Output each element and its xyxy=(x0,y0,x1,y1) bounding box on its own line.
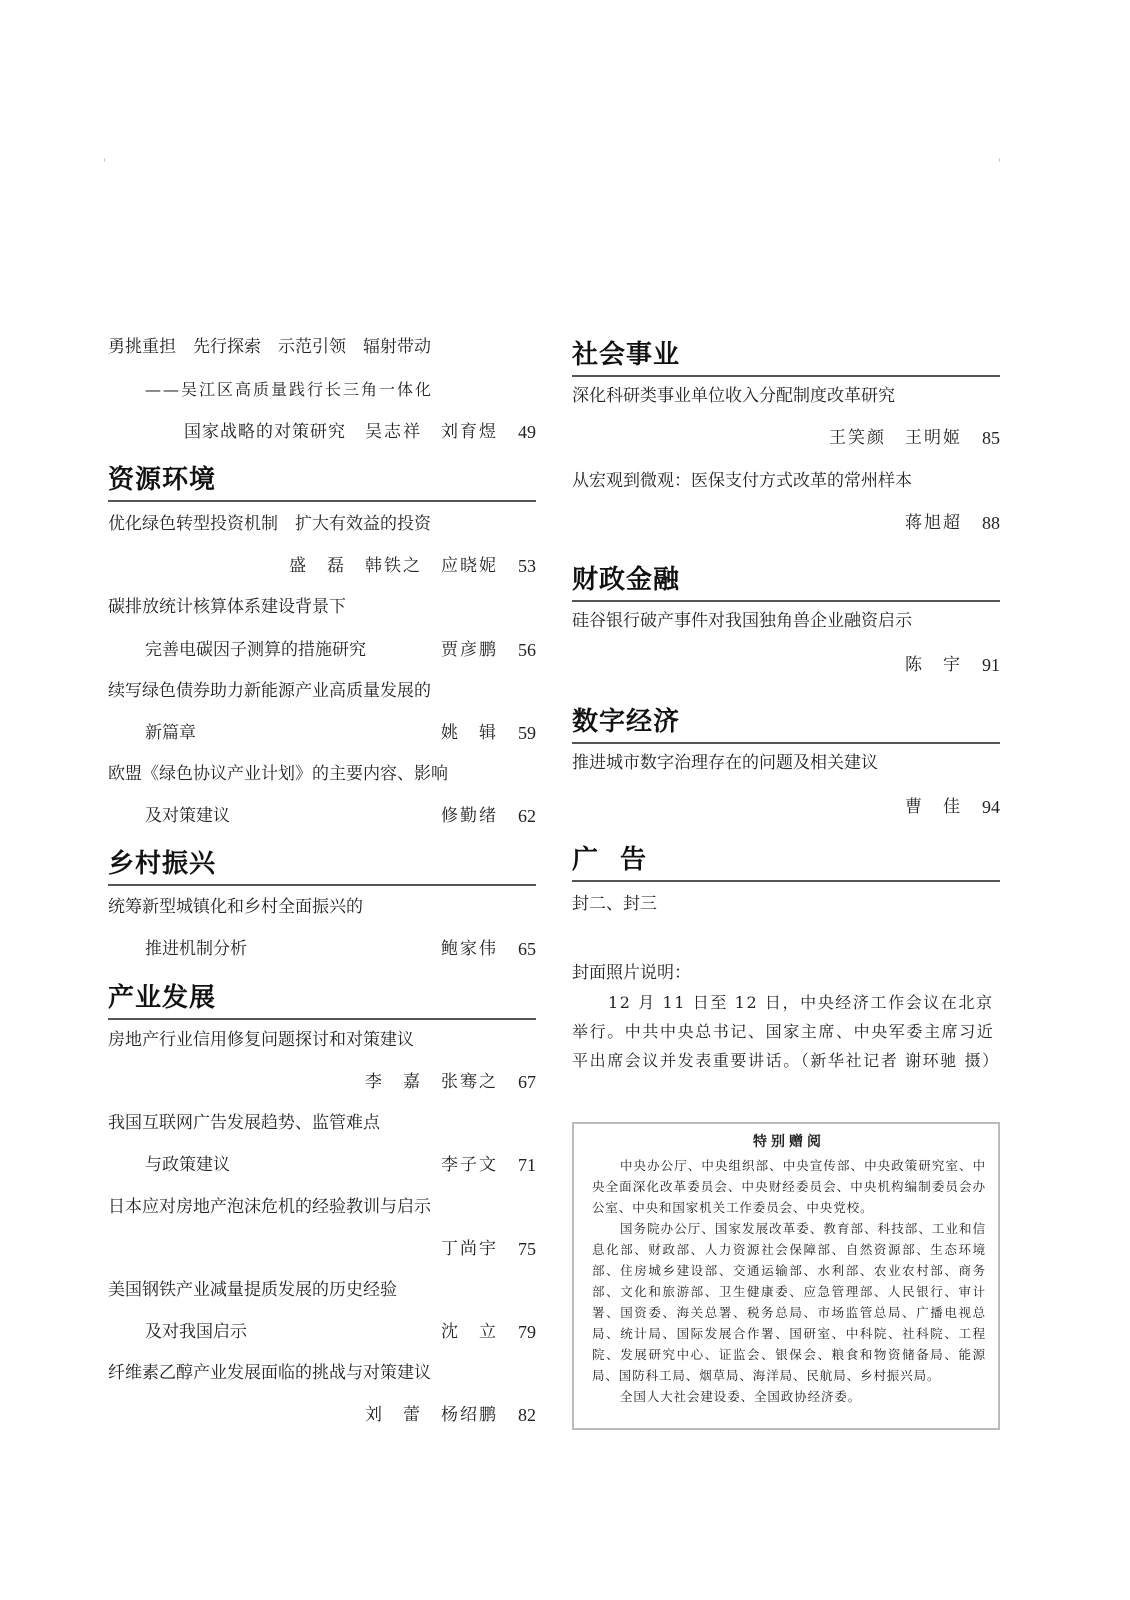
special-distribution-box: 特别赠阅 中央办公厅、中央组织部、中央宣传部、中央政策研究室、中央全面深化改革委… xyxy=(572,1122,1000,1430)
authors: 修勤绪 xyxy=(441,804,498,828)
authors: 李 嘉 张骞之 xyxy=(365,1070,498,1094)
page-number: 88 xyxy=(982,511,1000,535)
page-number: 62 xyxy=(518,804,536,828)
page-number: 71 xyxy=(518,1153,536,1177)
authors: 姚 辑 xyxy=(441,721,498,745)
cover-caption-body: 12 月 11 日至 12 日，中央经济工作会议在北京举行。中共中央总书记、国家… xyxy=(572,988,1000,1075)
crop-mark-left xyxy=(104,158,105,162)
crop-mark-right xyxy=(999,158,1000,162)
page-number: 75 xyxy=(518,1237,536,1261)
page-number: 85 xyxy=(982,426,1000,450)
section-header-industrial-development: 产业发展 xyxy=(108,978,536,1020)
authors: 鲍家伟 xyxy=(441,937,498,961)
page-number: 59 xyxy=(518,721,536,745)
section-header-social-undertakings: 社会事业 xyxy=(572,335,1000,377)
distribution-paragraph: 国务院办公厅、国家发展改革委、教育部、科技部、工业和信息化部、财政部、人力资源社… xyxy=(592,1218,986,1386)
page-number: 82 xyxy=(518,1403,536,1427)
authors: 曹 佳 xyxy=(905,795,962,819)
page-number: 49 xyxy=(518,420,536,444)
distribution-paragraph: 全国人大社会建设委、全国政协经济委。 xyxy=(592,1386,986,1407)
cover-caption-heading: 封面照片说明： xyxy=(572,958,691,983)
authors: 盛 磊 韩铁之 应晓妮 xyxy=(289,554,498,578)
authors: 蒋旭超 xyxy=(905,511,962,535)
page-number: 91 xyxy=(982,653,1000,677)
section-header-digital-economy: 数字经济 xyxy=(572,702,1000,744)
section-header-rural-revitalization: 乡村振兴 xyxy=(108,844,536,886)
page-number: 79 xyxy=(518,1320,536,1344)
special-distribution-title: 特别赠阅 xyxy=(592,1132,986,1153)
section-header-resources-environment: 资源环境 xyxy=(108,460,536,502)
page-number: 65 xyxy=(518,937,536,961)
page-number: 94 xyxy=(982,795,1000,819)
authors: 贾彦鹏 xyxy=(441,638,498,662)
section-header-advertising: 广告 xyxy=(572,840,1000,882)
authors: 吴志祥 刘育煜 xyxy=(365,420,498,444)
section-header-finance: 财政金融 xyxy=(572,560,1000,602)
page-number: 53 xyxy=(518,554,536,578)
authors: 王笑颜 王明姬 xyxy=(829,426,962,450)
authors: 沈 立 xyxy=(441,1320,498,1344)
authors: 丁尚宇 xyxy=(441,1237,498,1261)
page-number: 56 xyxy=(518,638,536,662)
page-number: 67 xyxy=(518,1070,536,1094)
authors: 陈 宇 xyxy=(905,653,962,677)
authors: 刘 蕾 杨绍鹏 xyxy=(365,1403,498,1427)
authors: 李子文 xyxy=(441,1153,498,1177)
distribution-paragraph: 中央办公厅、中央组织部、中央宣传部、中央政策研究室、中央全面深化改革委员会、中央… xyxy=(592,1155,986,1218)
